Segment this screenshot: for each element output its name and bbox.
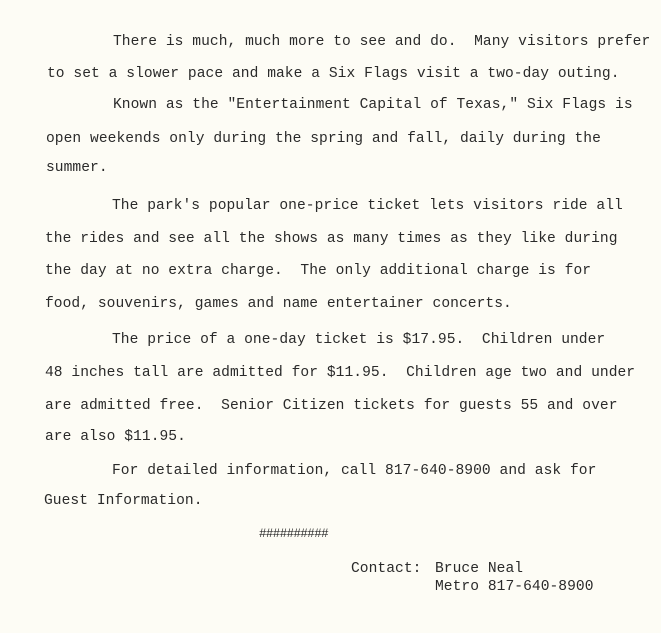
paragraph-1-line-1: There is much, much more to see and do. … [113,33,650,51]
paragraph-3-line-3: the day at no extra charge. The only add… [45,262,591,280]
end-marker: ########## [259,527,328,541]
contact-name: Bruce Neal [435,561,523,577]
paragraph-4-line-2: 48 inches tall are admitted for $11.95. … [45,364,635,382]
paragraph-5-line-1: For detailed information, call 817-640-8… [112,462,596,480]
paragraph-4-line-4: are also $11.95. [45,428,186,446]
paragraph-2-line-3: summer. [46,159,108,177]
paragraph-3-line-1: The park's popular one-price ticket lets… [112,197,623,215]
paragraph-2-line-2: open weekends only during the spring and… [46,130,601,148]
paragraph-4-line-3: are admitted free. Senior Citizen ticket… [45,397,618,415]
paragraph-3-line-2: the rides and see all the shows as many … [45,230,618,248]
paragraph-4-line-1: The price of a one-day ticket is $17.95.… [112,331,605,349]
paragraph-2-line-1: Known as the "Entertainment Capital of T… [113,96,633,114]
contact-phone: Metro 817-640-8900 [435,579,594,595]
paragraph-1-line-2: to set a slower pace and make a Six Flag… [47,65,620,83]
paragraph-3-line-4: food, souvenirs, games and name entertai… [45,295,512,313]
contact-label: Contact: [351,561,421,577]
document-page: There is much, much more to see and do. … [0,0,661,633]
paragraph-5-line-2: Guest Information. [44,492,203,510]
